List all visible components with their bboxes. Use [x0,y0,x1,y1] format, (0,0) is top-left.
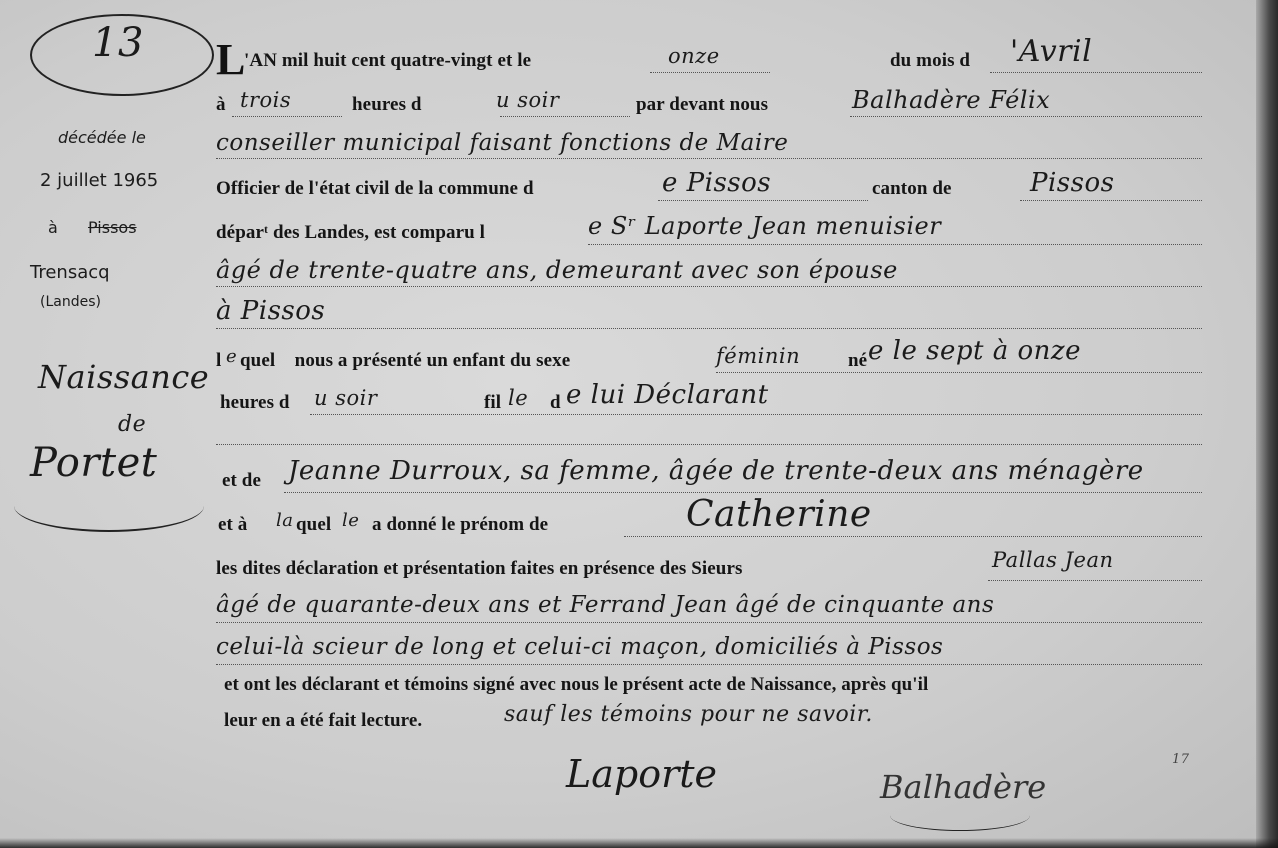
printed-text: leur en a été fait lecture. [224,710,422,732]
margin-flourish [14,480,204,532]
printed-text: par devant nous [636,94,768,116]
drop-cap-L: L [216,38,245,82]
handwritten-day: onze [668,44,720,68]
printed-text: à [216,94,226,116]
handwritten-closing-note: sauf les témoins pour ne savoir. [504,702,873,727]
handwritten-time-of-day: u soir [314,386,377,410]
handwritten-letter: le [508,386,528,410]
handwritten-mother: Jeanne Durroux, sa femme, âgée de trente… [288,456,1144,486]
printed-text: les dites déclaration et présentation fa… [216,558,742,580]
handwritten-father: e lui Déclarant [566,380,769,410]
page-edge-shadow [1256,0,1278,848]
printed-text: quel nous a présenté un enfant du sexe [240,350,570,372]
margin-death-note-line2: 2 juillet 1965 [40,170,158,191]
handwritten-witnesses-details: âgé de quarante-deux ans et Ferrand Jean… [216,592,994,618]
printed-text: et ont les déclarant et témoins signé av… [224,674,928,696]
printed-text: heures d [220,392,290,414]
printed-text: canton de [872,178,952,200]
handwritten-birth-date: e le sept à onze [868,336,1081,366]
corner-mark: 17 [1172,752,1190,767]
handwritten-canton: Pissos [1030,168,1115,198]
margin-death-note-prefix: à [48,218,58,237]
margin-death-place-struck: Pissos [88,218,137,237]
handwritten-declarant-details: âgé de trente-quatre ans, demeurant avec… [216,256,898,284]
printed-text: heures d [352,94,422,116]
printed-text: et à [218,514,247,536]
handwritten-child-name: Catherine [686,494,872,535]
handwritten-witnesses-occupations: celui-là scieur de long et celui-ci maço… [216,634,943,660]
page-bottom-shadow [0,838,1278,848]
signature-flourish [890,800,1030,831]
handwritten-residence: à Pissos [216,296,325,326]
printed-text: quel [296,514,331,536]
handwritten-month: 'Avril [1010,34,1092,69]
margin-death-place: Trensacq [30,262,110,283]
printed-text: né [848,350,867,372]
margin-label-naissance: Naissance [38,358,209,396]
printed-text: a donné le prénom de [372,514,548,536]
printed-text: déparᵗ des Landes, est comparu l [216,222,485,244]
printed-text: d [550,392,561,414]
printed-text: du mois d [890,50,970,72]
handwritten-letter: le [342,510,359,531]
record-number: 13 [92,20,144,66]
printed-text: fil [484,392,501,414]
handwritten-officer-title: conseiller municipal faisant fonctions d… [216,130,788,156]
margin-death-region: (Landes) [40,294,101,310]
margin-label-de: de [118,412,146,437]
signature-declarant: Laporte [566,752,717,796]
handwritten-letter: la [276,510,294,531]
fill-line [216,306,1202,329]
handwritten-time-of-day: u soir [496,88,559,112]
printed-text: et de [222,470,261,492]
handwritten-declarant: e Sʳ Laporte Jean menuisier [588,212,941,240]
handwritten-commune: e Pissos [662,168,771,198]
printed-text: Officier de l'état civil de la commune d [216,178,534,200]
margin-death-note-line1: décédée le [58,128,146,147]
handwritten-sex: féminin [716,344,800,368]
printed-text: 'AN mil huit cent quatre-vingt et le [244,50,531,72]
scanned-document-page: 13 décédée le 2 juillet 1965 à Pissos Tr… [0,0,1278,848]
handwritten-hour: trois [240,88,291,112]
handwritten-letter: e [226,346,237,367]
handwritten-officer-name: Balhadère Félix [852,86,1050,114]
printed-text: l [216,350,221,372]
handwritten-witness1: Pallas Jean [992,548,1114,572]
fill-line-blank [216,422,1202,445]
